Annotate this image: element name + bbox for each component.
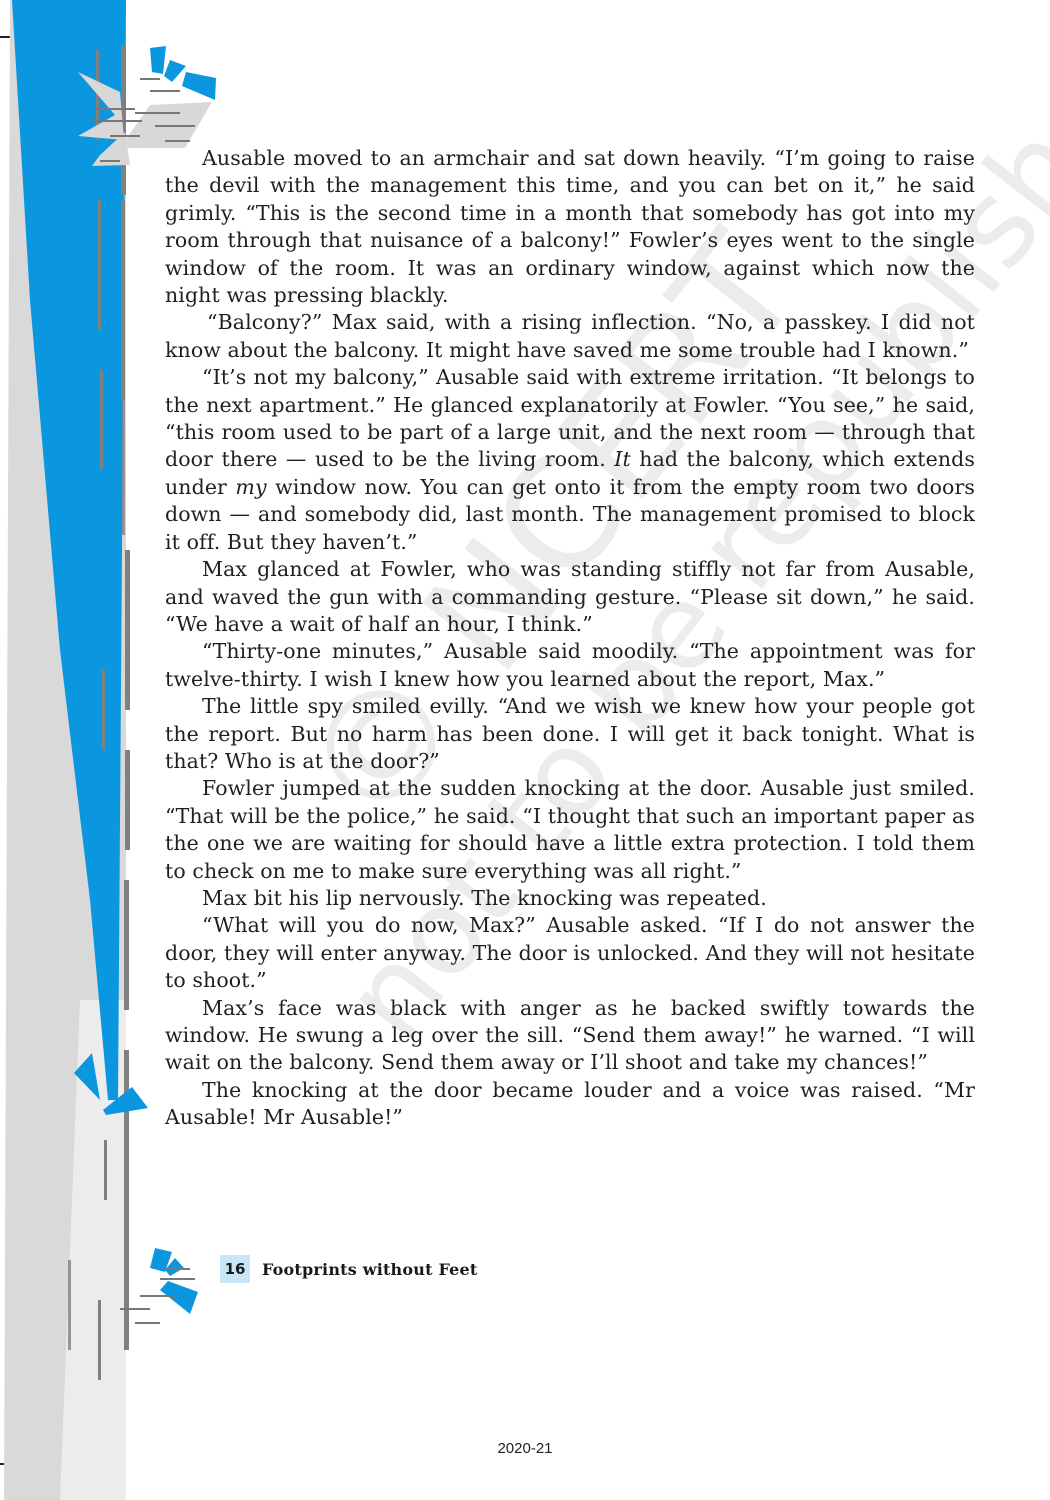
text-segment: Max glanced at Fowler, who was standing … [165,557,975,636]
text-segment: “Thirty-one minutes,” Ausable said moodi… [165,639,975,690]
paragraph: Ausable moved to an armchair and sat dow… [165,145,975,309]
paragraph: Fowler jumped at the sudden knocking at … [165,775,975,885]
text-segment: “Balcony?” Max said, with a rising infle… [165,310,975,361]
splash-ornament-footer [120,1248,198,1324]
text-segment: Max bit his lip nervously. The knocking … [202,886,767,910]
text-segment: Ausable moved to an armchair and sat dow… [165,146,975,307]
text-segment: “What will you do now, Max?” Ausable ask… [165,913,975,992]
paragraph: The little spy smiled evilly. “And we wi… [165,693,975,775]
story-body: Ausable moved to an armchair and sat dow… [165,145,975,1132]
page-number: 16 [220,1255,250,1283]
paragraph: “Thirty-one minutes,” Ausable said moodi… [165,638,975,693]
text-segment: The knocking at the door became louder a… [165,1078,975,1129]
emphasis-text: my [235,475,266,499]
text-segment: Max’s face was black with anger as he ba… [165,996,975,1075]
paragraph: Max’s face was black with anger as he ba… [165,995,975,1077]
edition-year: 2020-21 [0,1440,1050,1457]
page-footer: 16 Footprints without Feet [220,1254,478,1284]
paragraph: The knocking at the door became louder a… [165,1077,975,1132]
paragraph: “What will you do now, Max?” Ausable ask… [165,912,975,994]
text-segment: window now. You can get onto it from the… [165,475,975,554]
paragraph: “It’s not my balcony,” Ausable said with… [165,364,975,556]
emphasis-text: It [614,447,631,471]
text-segment: Fowler jumped at the sudden knocking at … [165,776,975,882]
paragraph: Max glanced at Fowler, who was standing … [165,556,975,638]
paragraph: “Balcony?” Max said, with a rising infle… [165,309,975,364]
book-title: Footprints without Feet [262,1260,478,1279]
paragraph: Max bit his lip nervously. The knocking … [165,885,975,912]
text-segment: The little spy smiled evilly. “And we wi… [165,694,975,773]
